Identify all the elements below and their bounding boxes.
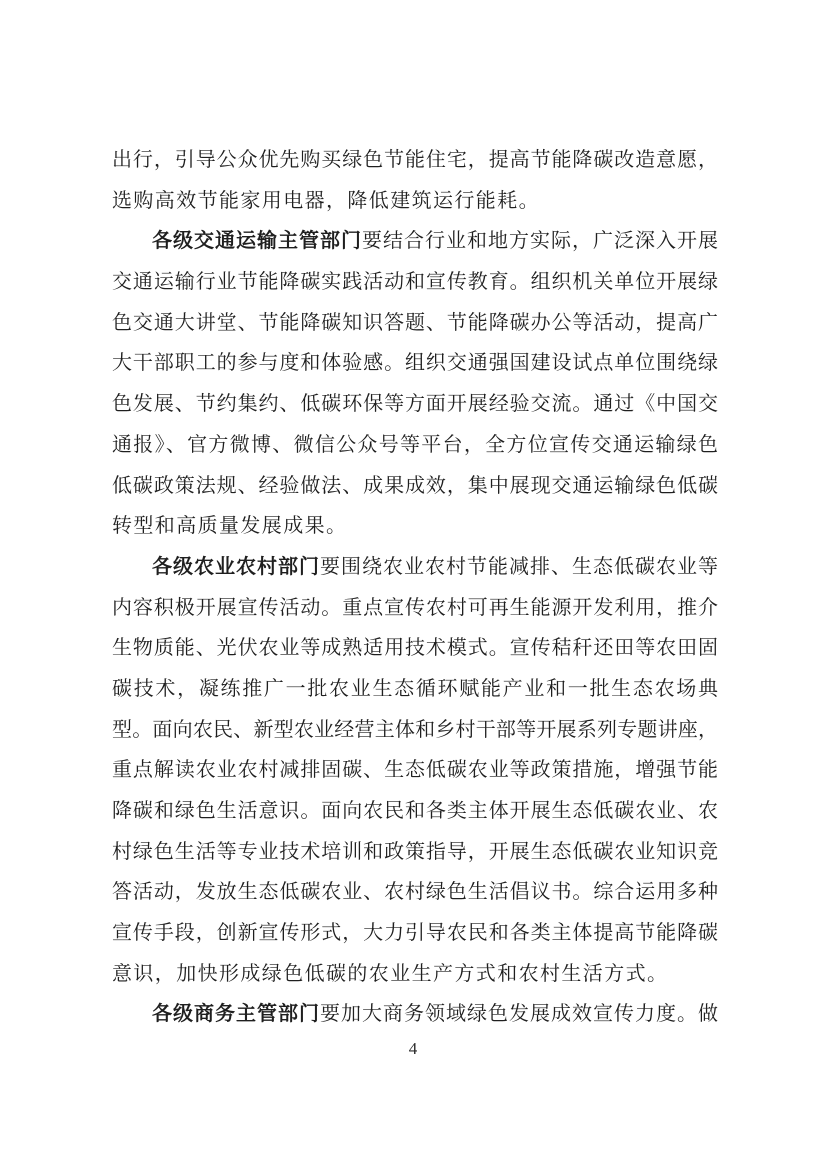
text-line: 意识，加快形成绿色低碳的农业生产方式和农村生活方式。 — [112, 954, 718, 995]
text-segment: 色发展、节约集约、低碳环保等方面开展经验交流。通过《中国交 — [112, 393, 718, 415]
page-number: 4 — [0, 1038, 826, 1060]
text-line: 大干部职工的参与度和体验感。组织交通强国建设试点单位围绕绿 — [112, 343, 718, 384]
text-segment: 低碳政策法规、经验做法、成果成效，集中展现交通运输绿色低碳 — [112, 475, 718, 497]
text-line: 宣传手段，创新宣传形式，大力引导农民和各类主体提高节能降碳 — [112, 913, 718, 954]
text-line: 型。面向农民、新型农业经营主体和乡村干部等开展系列专题讲座， — [112, 710, 718, 751]
text-line: 各级交通运输主管部门要结合行业和地方实际，广泛深入开展 — [112, 221, 718, 262]
paragraph-lead: 各级农业农村部门 — [152, 556, 320, 578]
text-segment: 生物质能、光伏农业等成熟适用技术模式。宣传秸秆还田等农田固 — [112, 637, 718, 659]
text-line: 通报》、官方微博、微信公众号等平台，全方位宣传交通运输绿色 — [112, 425, 718, 466]
text-segment: 宣传手段，创新宣传形式，大力引导农民和各类主体提高节能降碳 — [112, 922, 718, 944]
text-segment: 内容积极开展宣传活动。重点宣传农村可再生能源开发利用，推介 — [112, 597, 718, 619]
text-line: 各级商务主管部门要加大商务领域绿色发展成效宣传力度。做 — [112, 994, 718, 1035]
text-segment: 型。面向农民、新型农业经营主体和乡村干部等开展系列专题讲座， — [112, 719, 718, 741]
document-page: 出行，引导公众优先购买绿色节能住宅，提高节能降碳改造意愿，选购高效节能家用电器，… — [0, 0, 826, 1169]
text-segment: 意识，加快形成绿色低碳的农业生产方式和农村生活方式。 — [112, 963, 668, 985]
text-line: 低碳政策法规、经验做法、成果成效，集中展现交通运输绿色低碳 — [112, 466, 718, 507]
text-line: 内容积极开展宣传活动。重点宣传农村可再生能源开发利用，推介 — [112, 588, 718, 629]
text-line: 交通运输行业节能降碳实践活动和宣传教育。组织机关单位开展绿 — [112, 262, 718, 303]
text-line: 降碳和绿色生活意识。面向农民和各类主体开展生态低碳农业、农 — [112, 791, 718, 832]
text-segment: 村绿色生活等专业技术培训和政策指导，开展生态低碳农业知识竞 — [112, 841, 718, 863]
text-line: 色发展、节约集约、低碳环保等方面开展经验交流。通过《中国交 — [112, 384, 718, 425]
text-line: 各级农业农村部门要围绕农业农村节能减排、生态低碳农业等 — [112, 547, 718, 588]
text-line: 重点解读农业农村减排固碳、生态低碳农业等政策措施，增强节能 — [112, 750, 718, 791]
text-segment: 要围绕农业农村节能减排、生态低碳农业等 — [320, 556, 718, 578]
text-segment: 转型和高质量发展成果。 — [112, 515, 347, 537]
text-segment: 答活动，发放生态低碳农业、农村绿色生活倡议书。综合运用多种 — [112, 881, 718, 903]
text-line: 答活动，发放生态低碳农业、农村绿色生活倡议书。综合运用多种 — [112, 872, 718, 913]
text-line: 转型和高质量发展成果。 — [112, 506, 718, 547]
text-segment: 通报》、官方微博、微信公众号等平台，全方位宣传交通运输绿色 — [112, 434, 718, 456]
text-segment: 选购高效节能家用电器，降低建筑运行能耗。 — [112, 190, 540, 212]
text-segment: 交通运输行业节能降碳实践活动和宣传教育。组织机关单位开展绿 — [112, 271, 718, 293]
text-segment: 出行，引导公众优先购买绿色节能住宅，提高节能降碳改造意愿， — [112, 149, 718, 171]
text-segment: 大干部职工的参与度和体验感。组织交通强国建设试点单位围绕绿 — [112, 352, 718, 374]
text-line: 选购高效节能家用电器，降低建筑运行能耗。 — [112, 181, 718, 222]
text-line: 碳技术，凝练推广一批农业生态循环赋能产业和一批生态农场典 — [112, 669, 718, 710]
text-segment: 碳技术，凝练推广一批农业生态循环赋能产业和一批生态农场典 — [112, 678, 718, 700]
document-body: 出行，引导公众优先购买绿色节能住宅，提高节能降碳改造意愿，选购高效节能家用电器，… — [112, 140, 718, 1035]
text-segment: 重点解读农业农村减排固碳、生态低碳农业等政策措施，增强节能 — [112, 759, 718, 781]
text-line: 出行，引导公众优先购买绿色节能住宅，提高节能降碳改造意愿， — [112, 140, 718, 181]
text-line: 村绿色生活等专业技术培训和政策指导，开展生态低碳农业知识竞 — [112, 832, 718, 873]
paragraph-lead: 各级交通运输主管部门 — [152, 230, 362, 252]
text-segment: 要加大商务领域绿色发展成效宣传力度。做 — [320, 1003, 718, 1025]
text-line: 色交通大讲堂、节能降碳知识答题、节能降碳办公等活动，提高广 — [112, 303, 718, 344]
paragraph-lead: 各级商务主管部门 — [152, 1003, 320, 1025]
text-line: 生物质能、光伏农业等成熟适用技术模式。宣传秸秆还田等农田固 — [112, 628, 718, 669]
text-segment: 降碳和绿色生活意识。面向农民和各类主体开展生态低碳农业、农 — [112, 800, 718, 822]
text-segment: 色交通大讲堂、节能降碳知识答题、节能降碳办公等活动，提高广 — [112, 312, 718, 334]
text-segment: 要结合行业和地方实际，广泛深入开展 — [362, 230, 718, 252]
